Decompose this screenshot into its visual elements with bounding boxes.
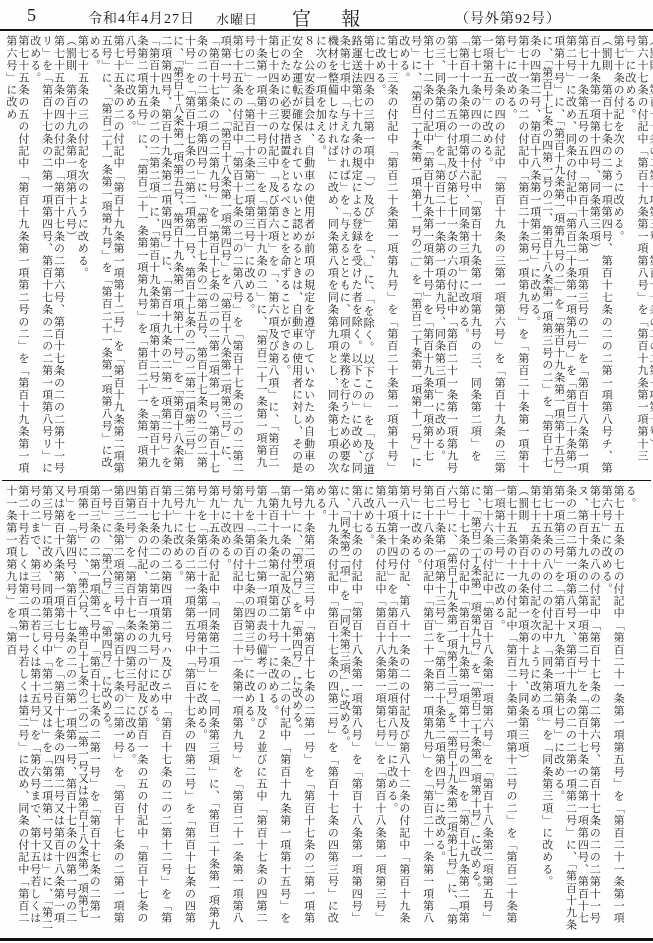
gazette-header: 5 令和4年4月27日 水曜日 官報 （号外第92号） bbox=[0, 0, 653, 31]
article-amendment-paragraph: 第七十五条の二の付記中「第百十九条第一項第十二号」を「第百十九条第二項第五号」に… bbox=[87, 35, 123, 478]
article-amendment-paragraph: 第七十七条の付記中「第百十九条第一項第十二号の四」を「第百十九条第二項第六号」に… bbox=[433, 485, 469, 931]
article-amendment-paragraph: 第七十四条の三第一項中「）及び」を「、」に、「を除く。以下この」を「及び道路運送… bbox=[314, 35, 374, 478]
article-amendment-paragraph: 第九十一条の付記及び第九十一条の二の付記中「第百十九条第一項第十五号」を「第百十… bbox=[266, 485, 290, 931]
article-amendment-paragraph: 第八十七条の付記中「第百十八条第一項第八号」を「第百十八条第一項第四号」に、「同… bbox=[337, 485, 361, 931]
article-amendment-paragraph: （罰則 第百十七条の二第一項第四号、第百十七条の二の二第一項第八号チ、第百十九条… bbox=[587, 35, 611, 478]
article-amendment-paragraph: （罰則 第百十九条第一項第十八号） bbox=[64, 35, 76, 478]
article-amendment-paragraph: 第六十七条の付記中「第百十九条第一項第八号」を「第百十九条第一項第十三号」に改め… bbox=[623, 35, 647, 478]
article-amendment-paragraph: 第九十七条の二第一項第五号中「第百十七条の四第二号」を「第百十七条の四第三号」に… bbox=[171, 485, 195, 931]
article-amendment-paragraph: 第七十五条の七の付記中「第百二十一条第一項第五号」を「第百二十一条第一項第六号」… bbox=[599, 485, 623, 931]
article-amendment-paragraph: 第七十五条の付記中「第百十七条の二の二第八号」を「第百十七条の二の二第二項第一号… bbox=[123, 35, 242, 478]
article-amendment-paragraph: 第七十二条の付記中「第百十九条第一項第十号」を「第百十九条第一項第十七号」に、「… bbox=[397, 35, 433, 478]
article-amendment-paragraph: 第七十五条の五の付記中「第百十九条第一項第二号の二」を「第百十九条第一項第六号」… bbox=[4, 35, 28, 478]
article-amendment-paragraph: 第九十四条の付記中「第百二十一条第一項第九号」を「第百二十一条第一項第八号」に改… bbox=[218, 485, 242, 931]
article-amendment-paragraph: 第七十一条の四の付記中「第百十九条の三第一項第六号」を「第百十九条の三第一項第五… bbox=[480, 35, 504, 478]
issue-number: （号外第92号） bbox=[455, 8, 561, 28]
article-amendment-paragraph: 第百三条の二第一項第二号中「第百十七条の二第一号」を「第百十七条の二第一項第一号… bbox=[4, 485, 99, 931]
law-text-bottom-section: る。第七十五条の七の付記中「第百二十一条第一項第五号」を「第百二十一条第一項第六… bbox=[0, 481, 643, 933]
article-amendment-paragraph: 第八十五条の付記中「第百十八条第一項第七号」を「第百十八条第一項第三号」に改める… bbox=[361, 485, 385, 931]
article-amendment-paragraph: 第七十一条の五の付記及び第七十一条の六の付記中「第百二十一条第一項第九号の三、同… bbox=[433, 35, 457, 478]
article-amendment-paragraph: 第九十九条の二第四項第二号ハ及びニ中「第百十七条の二の二第十二号」を「第百十七条… bbox=[147, 485, 171, 931]
article-amendment-paragraph: 第七十五条の三の付記を次のように改める。 bbox=[75, 35, 87, 478]
article-amendment-paragraph: 第七十五条の四の付記中「第百十七条の二第六号、第百十七条の二の二第十一号リ」を「… bbox=[28, 35, 64, 478]
article-amendment-paragraph: 第七十一条第五号の五中「第百十八条第一項第三号の二」を「第百十八条第一項第二号」… bbox=[528, 35, 588, 478]
weekday-label: 水曜日 bbox=[216, 9, 258, 28]
article-amendment-paragraph: る。 bbox=[623, 485, 635, 931]
article-amendment-paragraph: 第七十四条の三の付記中「及び第六項」を「、第六項及び第八項」に、「第百二十条第一… bbox=[242, 35, 278, 478]
article-amendment-paragraph: 第百一条の付記、第百一条の二の付記及び第百一条の五の付記中「第百十七条の四第二号… bbox=[123, 485, 147, 931]
page-bottom-rule bbox=[0, 938, 653, 941]
article-amendment-paragraph: 第七十一条の四の二の付記中「第百十九条第一項第九号の三、同条第二項」を「第百十九… bbox=[456, 35, 480, 478]
article-amendment-paragraph: 第七十条の付記を次のように改める。 bbox=[611, 35, 623, 478]
gazette-title: 官報 bbox=[292, 4, 390, 31]
article-amendment-paragraph: 第七十五条の八の二の付記中「同条第二項」を「同条第三項」に改める。 bbox=[540, 485, 552, 931]
article-amendment-paragraph: 第八十九条の付記中「第百十七条の四第二号」を「第百十七条の四第三号」に改める。 bbox=[314, 485, 338, 931]
article-amendment-paragraph: 第七十一条の二の付記中「第百二十条第一項第九号」を「第百二十条第一項第十号」に改… bbox=[504, 35, 528, 478]
kanpo-gazette-page: 5 令和4年4月27日 水曜日 官報 （号外第92号） 第六十六条の付記を次のよ… bbox=[0, 0, 653, 943]
article-amendment-paragraph: 第七十五条の八の付記中「第百十七条の二第六号、第百十七条の二の二第十一号ヌ、第百… bbox=[552, 485, 600, 931]
article-amendment-paragraph: ８ 公安委員会は、自動車の使用者が前項の規定を遵守していないため自動車の安全な運… bbox=[278, 35, 314, 478]
article-amendment-paragraph: 第七十三条の付記中「第百二十条第一項第九号」を「第百二十条第一項第十号」に改める… bbox=[373, 35, 397, 478]
article-amendment-paragraph: 第百三条第二項第三号中「第百十七条の二第一号」を「第百十七条の二第一項第一号」に… bbox=[99, 485, 123, 931]
article-amendment-paragraph: 第八十一条の付記、第八十一条の二の付記及び第八十二条の付記中「第百十九条第一項第… bbox=[385, 485, 409, 931]
page-number: 5 bbox=[27, 5, 36, 26]
article-amendment-paragraph: 第七十八条の付記中「第百二十一条第一項第九号」を「第百二十一条第一項第八号」に改… bbox=[409, 485, 433, 931]
issue-date: 令和4年4月27日 bbox=[88, 8, 195, 28]
article-amendment-paragraph: 第七十五条の十の付記を次のように改める。 bbox=[528, 485, 540, 931]
article-amendment-paragraph: 第九十二条の二第一項の表の備考一の１及び２並びに五中「第百十七条の四第二号」を「… bbox=[242, 485, 266, 931]
article-amendment-paragraph: 第七十六条の付記中「第百十八条第一項第六号」を「第百十八条第二項第五号」に、「第… bbox=[468, 485, 492, 931]
article-amendment-paragraph: 第七十五条の十一の付記中「第百二十条第一項第十二号の二」を「第百二十条第一項第十… bbox=[492, 485, 516, 931]
article-amendment-paragraph: 第九十条第二項第三号中「第百十七条の二第一号」を「第百十七条の二第一項第一号」に… bbox=[290, 485, 314, 931]
law-text-top-section: 第六十六条の付記を次のように改める。（罰則 第百十七条の二第一項第三号、第百十七… bbox=[0, 31, 653, 480]
article-amendment-paragraph: （罰則 第百十九条第一項第十九号、同条第三項） bbox=[516, 485, 528, 931]
article-amendment-paragraph: 第九十五条の付記中「同条第二項」を「同条第三項」に、「第百二十条第一項第九号」を… bbox=[195, 485, 219, 931]
